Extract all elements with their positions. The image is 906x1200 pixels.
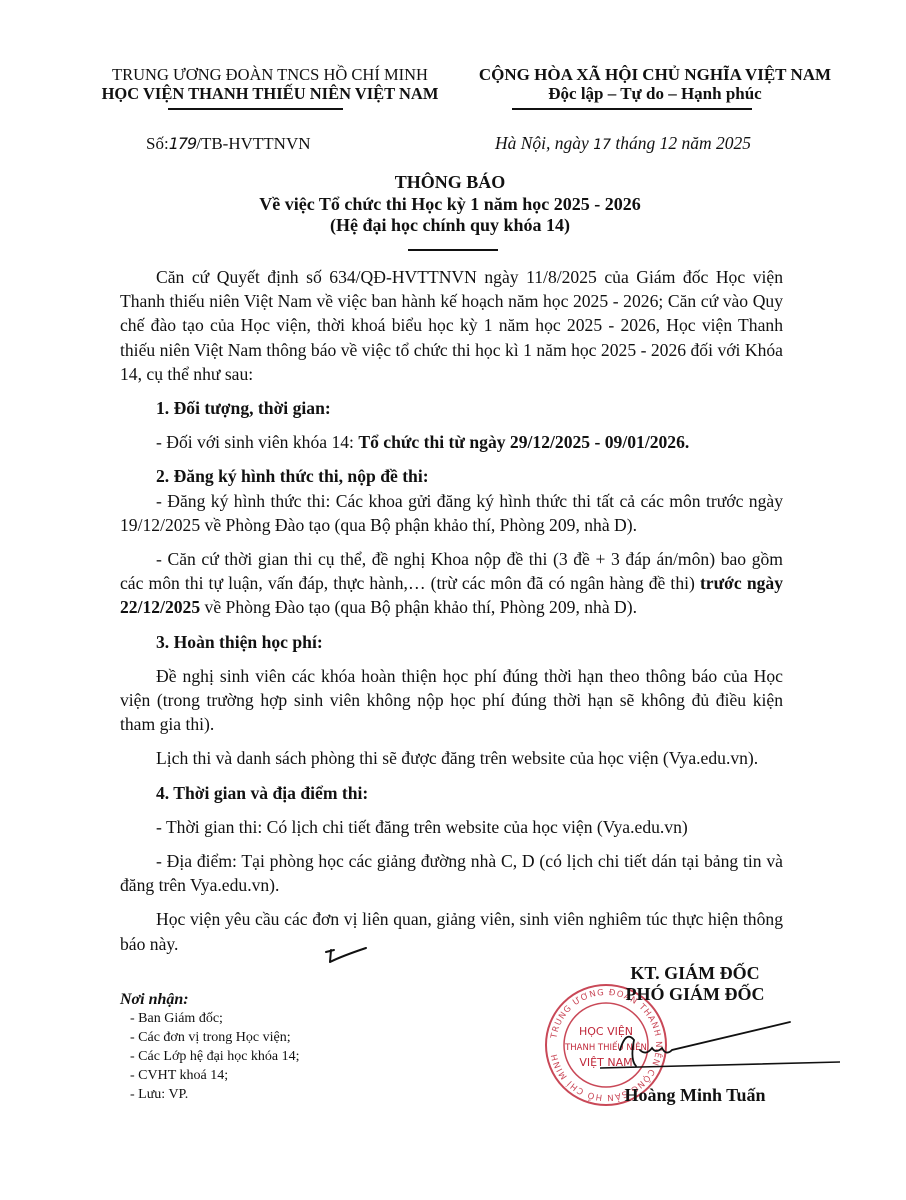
section-3-heading: 3. Hoàn thiện học phí: <box>120 630 783 654</box>
title-scope: (Hệ đại học chính quy khóa 14) <box>150 215 750 237</box>
title-type: THÔNG BÁO <box>150 172 750 194</box>
title-underline <box>408 249 498 251</box>
section-3-paragraph-2: Lịch thi và danh sách phòng thi sẽ được … <box>120 746 783 770</box>
header-left-underline <box>168 108 343 110</box>
recipients-title: Nơi nhận: <box>120 990 300 1009</box>
signature-authority: KT. GIÁM ĐỐC <box>555 963 835 984</box>
title-subject: Về việc Tổ chức thi Học kỳ 1 năm học 202… <box>150 194 750 216</box>
header-right-underline <box>512 108 752 110</box>
document-body: Căn cứ Quyết định số 634/QĐ-HVTTNVN ngày… <box>120 265 783 956</box>
section-2-paragraph-2: - Căn cứ thời gian thi cụ thể, đề nghị K… <box>120 547 783 620</box>
signature-title: KT. GIÁM ĐỐC PHÓ GIÁM ĐỐC <box>555 963 835 1005</box>
recipient-item: - Các đơn vị trong Học viện; <box>120 1028 300 1047</box>
issuing-agency: TRUNG ƯƠNG ĐOÀN TNCS HỒ CHÍ MINH HỌC VIỆ… <box>70 65 470 103</box>
section-4-paragraph-1: - Thời gian thi: Có lịch chi tiết đăng t… <box>120 815 783 839</box>
recipient-item: - Lưu: VP. <box>120 1085 300 1104</box>
motto: Độc lập – Tự do – Hạnh phúc <box>455 84 855 103</box>
country-name: CỘNG HÒA XÃ HỘI CHỦ NGHĨA VIỆT NAM <box>455 65 855 84</box>
s2p2-suffix: về Phòng Đào tạo (qua Bộ phận khảo thí, … <box>200 597 637 617</box>
exam-period: Tổ chức thi từ ngày 29/12/2025 - 09/01/2… <box>358 432 689 452</box>
recipient-item: - CVHT khoá 14; <box>120 1066 300 1085</box>
recipient-item: - Ban Giám đốc; <box>120 1009 300 1028</box>
number-suffix: /TB-HVTTNVN <box>196 134 310 153</box>
document-number: Số:179/TB-HVTTNVN <box>146 134 311 154</box>
handwritten-signature-icon <box>600 1010 840 1090</box>
signature-position: PHÓ GIÁM ĐỐC <box>555 984 835 1005</box>
recipient-item: - Các Lớp hệ đại học khóa 14; <box>120 1047 300 1066</box>
handwritten-day: 17 <box>593 137 611 153</box>
parent-organization: TRUNG ƯƠNG ĐOÀN TNCS HỒ CHÍ MINH <box>70 65 470 84</box>
closing-paragraph: Học viện yêu cầu các đơn vị liên quan, g… <box>120 907 783 955</box>
section-4-heading: 4. Thời gian và địa điểm thi: <box>120 781 783 805</box>
s2p2-prefix: - Căn cứ thời gian thi cụ thể, đề nghị K… <box>120 549 783 593</box>
section-2-heading: 2. Đăng ký hình thức thi, nộp đề thi: <box>120 464 783 488</box>
date-prefix: Hà Nội, ngày <box>495 133 593 153</box>
signer-name: Hoàng Minh Tuấn <box>555 1085 835 1106</box>
handwritten-number: 179 <box>169 134 197 153</box>
national-title: CỘNG HÒA XÃ HỘI CHỦ NGHĨA VIỆT NAM Độc l… <box>455 65 855 103</box>
section-3-paragraph-1: Đề nghị sinh viên các khóa hoàn thiện họ… <box>120 664 783 737</box>
section-1-heading: 1. Đối tượng, thời gian: <box>120 396 783 420</box>
date-suffix: tháng 12 năm 2025 <box>611 133 751 153</box>
recipients-block: Nơi nhận: - Ban Giám đốc; - Các đơn vị t… <box>120 990 300 1104</box>
s1-prefix: - Đối với sinh viên khóa 14: <box>156 432 358 452</box>
organization-name: HỌC VIỆN THANH THIẾU NIÊN VIỆT NAM <box>70 84 470 103</box>
number-prefix: Số: <box>146 134 169 153</box>
handwritten-checkmark-icon <box>322 944 372 966</box>
document-title: THÔNG BÁO Về việc Tổ chức thi Học kỳ 1 n… <box>150 172 750 237</box>
section-1-text: - Đối với sinh viên khóa 14: Tổ chức thi… <box>120 430 783 454</box>
section-4-paragraph-2: - Địa điểm: Tại phòng học các giảng đườn… <box>120 849 783 897</box>
intro-paragraph: Căn cứ Quyết định số 634/QĐ-HVTTNVN ngày… <box>120 265 783 386</box>
section-2-paragraph-1: - Đăng ký hình thức thi: Các khoa gửi đă… <box>120 489 783 537</box>
issue-date: Hà Nội, ngày 17 tháng 12 năm 2025 <box>495 133 751 154</box>
